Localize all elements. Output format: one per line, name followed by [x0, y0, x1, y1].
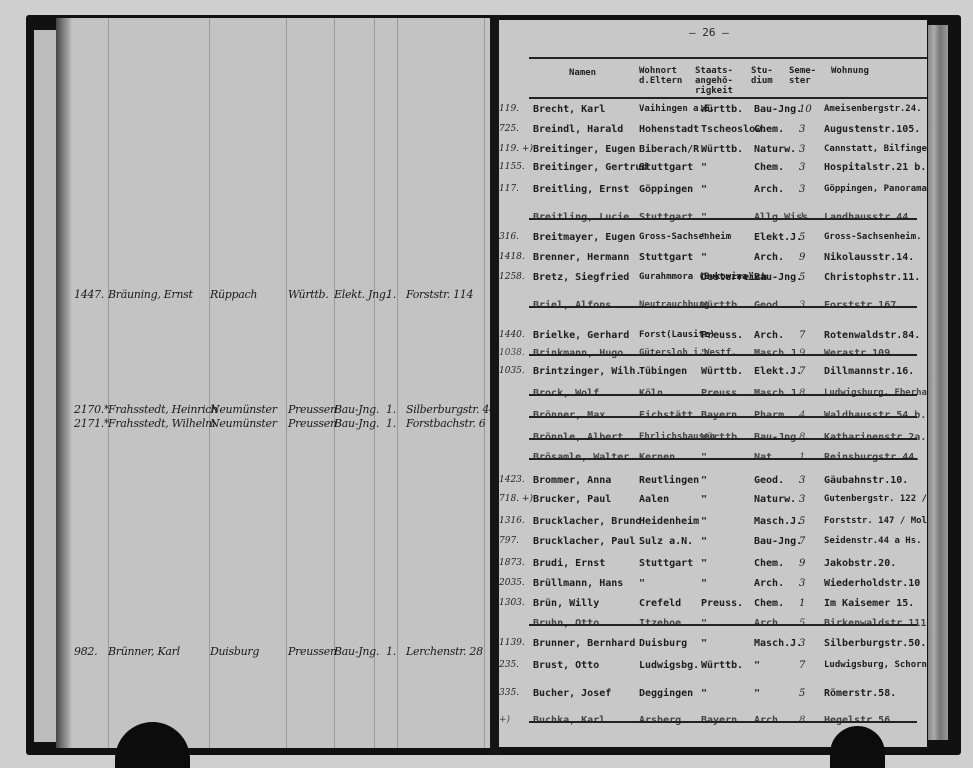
cell-study: Masch.J.	[754, 638, 802, 649]
table-row: 119.Brecht, KarlVaihingen a.E.Württb.Bau…	[499, 104, 927, 118]
cell-semester: 8	[799, 432, 805, 443]
cell-home: Stuttgart	[639, 558, 693, 569]
cell-name: Brecht, Karl	[533, 104, 605, 115]
cell-semester: 7	[799, 536, 805, 547]
entry-name: Frahsstedt, Wilhelm	[108, 417, 215, 430]
cell-study: "	[754, 688, 760, 699]
cell-home: Itzehoe	[639, 618, 681, 629]
column-rule	[397, 18, 398, 748]
cell-number: 718. +)	[499, 494, 533, 505]
cell-nationality: "	[701, 558, 707, 569]
table-row: Bruhn, OttoItzehoe"Arch.5Birkenwaldstr.1…	[499, 618, 927, 632]
table-row: 1440.Brielke, GerhardForst(Lausitz)Preus…	[499, 330, 927, 344]
cell-semester: 1	[799, 452, 805, 463]
table-row: 1303.Brün, WillyCrefeldPreuss.Chem.1Im K…	[499, 598, 927, 612]
table-row: 335.Bucher, JosefDeggingen""5Römerstr.58…	[499, 688, 927, 702]
cell-nationality: "	[701, 578, 707, 589]
cell-nationality: "	[701, 475, 707, 486]
cell-home: Duisburg	[639, 638, 687, 649]
entry-number: 2170.*	[74, 403, 109, 416]
cell-name: Brunner, Bernhard	[533, 638, 635, 649]
book-cover-edge	[34, 30, 56, 742]
entry-number: 2171.*	[74, 417, 109, 430]
cell-semester: 3	[799, 162, 805, 173]
cell-name: Breitling, Lucie	[533, 212, 629, 223]
cell-number: 1316.	[499, 516, 525, 527]
cell-address: Im Kaisemer 15.	[824, 598, 914, 609]
cell-name: Brinkmann, Hugo	[533, 348, 623, 359]
cell-name: Bruhn, Otto	[533, 618, 599, 629]
cell-study: Bau-Jng.	[754, 272, 802, 283]
cell-address: Hospitalstr.21 b.	[824, 162, 926, 173]
cell-study: Arch.	[754, 618, 784, 629]
entry-address: Silberburgstr. 44	[406, 403, 491, 416]
cell-study: Geod.	[754, 300, 784, 311]
column-rule	[334, 18, 335, 748]
cell-name: Brommer, Anna	[533, 475, 611, 486]
cell-name: Buchka, Karl	[533, 715, 605, 726]
cell-home: Deggingen	[639, 688, 693, 699]
cell-number: 1873.	[499, 558, 525, 569]
entry-number: 1447.	[74, 288, 104, 301]
cell-number: 1155.	[499, 162, 525, 173]
cell-name: Brösamle, Walter	[533, 452, 629, 463]
cell-name: Brielke, Gerhard	[533, 330, 629, 341]
cell-study: Bau-Jng.	[754, 536, 802, 547]
cell-name: Brucker, Paul	[533, 494, 611, 505]
cell-study: Chem.	[754, 598, 784, 609]
cell-nationality: Württb.	[701, 144, 743, 155]
cell-nationality: Württb.	[701, 300, 743, 311]
cell-semester: 5	[799, 272, 805, 283]
cell-address: Werastr.109.	[824, 348, 896, 359]
cell-home: Aalen	[639, 494, 669, 505]
cell-nationality: "	[701, 618, 707, 629]
cell-nationality: Württb.	[701, 432, 743, 443]
column-rule	[286, 18, 287, 748]
cell-nationality: "	[701, 688, 707, 699]
cell-study: Geod.	[754, 475, 784, 486]
cell-address: Hegelstr.56.	[824, 715, 896, 726]
cell-study: Naturw.	[754, 494, 796, 505]
cell-home: "	[639, 578, 645, 589]
entry-name: Brünner, Karl	[108, 645, 180, 658]
cell-semester: 5	[799, 516, 805, 527]
page-number: — 26 —	[689, 26, 729, 39]
cell-address: Rotenwaldstr.84.	[824, 330, 920, 341]
cell-name: Breitling, Ernst	[533, 184, 629, 195]
table-row: 1873.Brudi, ErnstStuttgart"Chem.9Jakobst…	[499, 558, 927, 572]
cell-address: Nikolausstr.14.	[824, 252, 914, 263]
cell-semester: 9	[799, 348, 805, 359]
cell-home: Gütersloh i.Westf.	[639, 348, 737, 359]
cell-number: 2035.	[499, 578, 525, 589]
cell-semester: 3	[799, 475, 805, 486]
header-home: Wohnort d.Eltern	[639, 66, 689, 86]
cell-address: Jakobstr.20.	[824, 558, 896, 569]
header-semester: Seme-ster	[789, 66, 823, 86]
header-nationality: Staats-angehö-rigkeit	[695, 66, 735, 96]
cell-semester: 7	[799, 366, 805, 377]
cell-name: Briel, Alfons	[533, 300, 611, 311]
table-row: 1316.Brucklacher, BrunoHeidenheim"Masch.…	[499, 516, 927, 530]
table-row: 797.Brucklacher, PaulSulz a.N."Bau-Jng.7…	[499, 536, 927, 550]
cell-name: Brüllmann, Hans	[533, 578, 623, 589]
cell-home: Kernen	[639, 452, 675, 463]
cell-name: Brucklacher, Paul	[533, 536, 635, 547]
cell-name: Brudi, Ernst	[533, 558, 605, 569]
table-row: Brönner, MaxEichstättBayernPharm.4Waldha…	[499, 410, 927, 424]
cell-home: Sulz a.N.	[639, 536, 693, 547]
cell-nationality: Württb.	[701, 660, 743, 671]
page-edge-shadow	[56, 18, 72, 748]
cell-address: Gäubahnstr.10.	[824, 475, 908, 486]
cell-address: Augustenstr.105.	[824, 124, 920, 135]
cell-home: Stuttgart	[639, 252, 693, 263]
cell-address: Ludwigsburg, Schorndorferstr.87.	[824, 660, 927, 671]
cell-address: Forststr. 147 / Moltkestr.68.	[824, 516, 927, 527]
entry-nationality: Preussen	[288, 417, 337, 430]
cell-study: Chem.	[754, 162, 784, 173]
cell-nationality: Preuss.	[701, 598, 743, 609]
cell-name: Brust, Otto	[533, 660, 599, 671]
entry-study: Elekt. Jng.	[334, 288, 389, 301]
cell-number: 119. +)	[499, 144, 533, 155]
cell-home: Eichstätt	[639, 410, 693, 421]
entry-nationality: Württb.	[288, 288, 328, 301]
cell-semester: 8	[799, 388, 805, 399]
cell-number: 335.	[499, 688, 519, 699]
table-row: 1035.Brintzinger, Wilh.TübingenWürttb.El…	[499, 366, 927, 380]
left-page: 1447.Bräuning, ErnstRüppachWürttb.Elekt.…	[56, 18, 491, 748]
cell-address: Waldhausstr.54 b.	[824, 410, 926, 421]
cell-study: Masch.J.	[754, 348, 802, 359]
cell-study: Pharm.	[754, 410, 790, 421]
cell-home: Gross-Sachsenheim	[639, 232, 731, 243]
cell-name: Brönnle, Albert	[533, 432, 623, 443]
table-row: Breitling, LucieStuttgart"Allg.Wiss.1Lan…	[499, 212, 927, 226]
cell-name: Breitinger, Gertrud	[533, 162, 647, 173]
cell-home: Tübingen	[639, 366, 687, 377]
table-row: 235.Brust, OttoLudwigsbg.Württb."7Ludwig…	[499, 660, 927, 674]
cell-home: Ludwigsbg.	[639, 660, 699, 671]
cell-study: Bau-Jng.	[754, 432, 802, 443]
table-row: 2035.Brüllmann, Hans""Arch.3Wiederholdst…	[499, 578, 927, 592]
cell-nationality: Preuss.	[701, 330, 743, 341]
cell-address: Reinsburgstr.44.	[824, 452, 920, 463]
column-rule	[209, 18, 210, 748]
cell-nationality: "	[701, 232, 707, 243]
header-rule-top	[529, 57, 927, 59]
cell-number: 1303.	[499, 598, 525, 609]
entry-study: Bau-Jng.	[334, 645, 379, 658]
entry-semester: 1.	[386, 417, 396, 430]
cell-home: Biberach/R.	[639, 144, 705, 155]
entry-semester: 1.	[386, 645, 396, 658]
table-row: 316.Breitmayer, EugenGross-Sachsenheim"E…	[499, 232, 927, 246]
cell-semester: 3	[799, 300, 805, 311]
entry-home: Rüppach	[210, 288, 257, 301]
page-stack-edge	[928, 25, 948, 740]
cell-study: Nat.	[754, 452, 778, 463]
entry-address: Forststr. 114	[406, 288, 473, 301]
cell-home: Köln	[639, 388, 663, 399]
cell-semester: 9	[799, 252, 805, 263]
cell-semester: 10	[799, 104, 812, 115]
header-name: Namen	[569, 68, 596, 78]
cell-name: Bucher, Josef	[533, 688, 611, 699]
cell-name: Brenner, Hermann	[533, 252, 629, 263]
cell-address: Silberburgstr.50.	[824, 638, 926, 649]
cell-semester: 3	[799, 144, 805, 155]
column-rule	[108, 18, 109, 748]
cell-number: 1258.	[499, 272, 525, 283]
column-rule	[374, 18, 375, 748]
right-page: — 26 — Namen Wohnort d.Eltern Staats-ang…	[499, 20, 927, 747]
table-row: 718. +)Brucker, PaulAalen"Naturw.3Gutenb…	[499, 494, 927, 508]
cell-nationality: "	[701, 494, 707, 505]
table-row: 1418.Brenner, HermannStuttgart"Arch.9Nik…	[499, 252, 927, 266]
cell-home: Crefeld	[639, 598, 681, 609]
cell-study: Arch.	[754, 578, 784, 589]
cell-number: 1035.	[499, 366, 525, 377]
cell-study: Chem.	[754, 124, 784, 135]
cell-study: Elekt.J.	[754, 232, 802, 243]
cell-number: 1418.	[499, 252, 525, 263]
table-row: 1258.Bretz, SiegfriedGurahmmora (Bukowin…	[499, 272, 927, 286]
cell-address: Seidenstr.44 a Hs.	[824, 536, 922, 547]
cell-address: Katharinenstr.2a.	[824, 432, 926, 443]
cell-address: Göppingen, Panoramastr.10.	[824, 184, 927, 195]
cell-nationality: "	[701, 252, 707, 263]
cell-study: Masch.J.	[754, 388, 802, 399]
entry-semester: 1.	[386, 403, 396, 416]
cell-address: Landhausstr.44.	[824, 212, 914, 223]
cell-address: Christophstr.11.	[824, 272, 920, 283]
cell-study: Arch.	[754, 184, 784, 195]
cell-study: Naturw.	[754, 144, 796, 155]
cell-study: Masch.J.	[754, 516, 802, 527]
cell-name: Breitmayer, Eugen	[533, 232, 635, 243]
cell-number: 797.	[499, 536, 519, 547]
entry-home: Duisburg	[210, 645, 259, 658]
cell-address: Dillmannstr.16.	[824, 366, 914, 377]
cell-study: Chem.	[754, 558, 784, 569]
cell-semester: 3	[799, 124, 805, 135]
cell-address: Birkenwaldstr.111	[824, 618, 926, 629]
cell-name: Brönner, Max	[533, 410, 605, 421]
cell-name: Bretz, Siegfried	[533, 272, 629, 283]
entry-semester: 1.	[386, 288, 396, 301]
cell-study: Arch.	[754, 715, 784, 726]
cell-number: 119.	[499, 104, 519, 115]
column-rule	[484, 18, 485, 748]
cell-semester: 3	[799, 578, 805, 589]
table-row: 1139.Brunner, BernhardDuisburg"Masch.J.3…	[499, 638, 927, 652]
cell-semester: 1	[799, 212, 805, 223]
entry-nationality: Preussen	[288, 403, 337, 416]
cell-home: Arsberg	[639, 715, 681, 726]
cell-nationality: Bayern	[701, 410, 737, 421]
cell-semester: 4	[799, 410, 805, 421]
cell-number: 117.	[499, 184, 519, 195]
cell-semester: 3	[799, 494, 805, 505]
cell-nationality: Bayern	[701, 715, 737, 726]
cell-home: Hohenstadt	[639, 124, 699, 135]
cell-home: Heidenheim	[639, 516, 699, 527]
cell-study: Arch.	[754, 252, 784, 263]
cell-semester: 1	[799, 598, 805, 609]
cell-home: Stuttgart	[639, 162, 693, 173]
cell-number: 725.	[499, 124, 519, 135]
cell-name: Brintzinger, Wilh.	[533, 366, 641, 377]
cell-name: Breindl, Harald	[533, 124, 623, 135]
entry-study: Bau-Jng.	[334, 403, 379, 416]
cell-number: 1423.	[499, 475, 525, 486]
cell-semester: 7	[799, 660, 805, 671]
cell-study: Bau-Jng.	[754, 104, 802, 115]
cell-nationality: Württb.	[701, 104, 743, 115]
cell-number: 1440.	[499, 330, 525, 341]
cell-name: Brün, Willy	[533, 598, 599, 609]
header-address: Wohnung	[831, 66, 869, 76]
cell-address: Ameisenbergstr.24.	[824, 104, 922, 115]
cell-semester: 8	[799, 715, 805, 726]
table-row: Briel, AlfonsNeutrauchburgWürttb.Geod.3F…	[499, 300, 927, 314]
entry-address: Lerchenstr. 28	[406, 645, 483, 658]
table-row: 117.Breitling, ErnstGöppingen"Arch.3Göpp…	[499, 184, 927, 198]
cell-home: Neutrauchburg	[639, 300, 709, 311]
header-study: Stu-dium	[751, 66, 781, 86]
entry-name: Frahsstedt, Heinrich	[108, 403, 218, 416]
cell-nationality: "	[701, 212, 707, 223]
cell-number: 1139.	[499, 638, 525, 649]
cell-name: Brucklacher, Bruno	[533, 516, 641, 527]
cell-number: 316.	[499, 232, 519, 243]
cell-number: +)	[499, 715, 510, 726]
cell-address: Gross-Sachsenheim.	[824, 232, 922, 243]
table-row: Brönnle, AlbertEhrlichshausenWürttb.Bau-…	[499, 432, 927, 446]
cell-study: Elekt.J.	[754, 366, 802, 377]
cell-nationality: "	[701, 516, 707, 527]
entry-address: Forstbachstr. 6	[406, 417, 485, 430]
cell-nationality: "	[701, 348, 707, 359]
table-row: 1155.Breitinger, GertrudStuttgart"Chem.3…	[499, 162, 927, 176]
cell-address: Cannstatt, Bilfingerstr.3.	[824, 144, 927, 155]
entry-home: Neumünster	[210, 417, 277, 430]
cell-number: 235.	[499, 660, 519, 671]
table-row: 1038.Brinkmann, HugoGütersloh i.Westf."M…	[499, 348, 927, 362]
cell-nationality: "	[701, 638, 707, 649]
entry-name: Bräuning, Ernst	[108, 288, 193, 301]
table-row: Brock, WolfKölnPreuss.Masch.J.8Ludwigsbu…	[499, 388, 927, 402]
cell-name: Brock, Wolf	[533, 388, 599, 399]
table-row: 119. +)Breitinger, EugenBiberach/R.Württ…	[499, 144, 927, 158]
cell-nationality: "	[701, 184, 707, 195]
cell-semester: 3	[799, 184, 805, 195]
cell-address: Forststr.167.	[824, 300, 902, 311]
cell-nationality: "	[701, 536, 707, 547]
entry-number: 982.	[74, 645, 97, 658]
cell-home: Reutlingen	[639, 475, 699, 486]
cell-name: Breitinger, Eugen	[533, 144, 635, 155]
cell-semester: 3	[799, 638, 805, 649]
cell-semester: 5	[799, 232, 805, 243]
entry-nationality: Preussen	[288, 645, 337, 658]
table-row: 1423.Brommer, AnnaReutlingen"Geod.3Gäuba…	[499, 475, 927, 489]
table-row: Brösamle, WalterKernen"Nat.1Reinsburgstr…	[499, 452, 927, 466]
cell-semester: 9	[799, 558, 805, 569]
cell-semester: 5	[799, 618, 805, 629]
cell-semester: 5	[799, 688, 805, 699]
cell-nationality: Württb.	[701, 366, 743, 377]
entry-home: Neumünster	[210, 403, 277, 416]
table-row: 725.Breindl, HaraldHohenstadtTscheoslow.…	[499, 124, 927, 138]
header-rule-bottom	[529, 97, 927, 99]
entry-study: Bau-Jng.	[334, 417, 379, 430]
cell-home: Stuttgart	[639, 212, 693, 223]
cell-nationality: Preuss.	[701, 388, 743, 399]
cell-address: Wiederholdstr.10	[824, 578, 920, 589]
cell-nationality: "	[701, 162, 707, 173]
cell-semester: 7	[799, 330, 805, 341]
cell-address: Gutenbergstr. 122 / Zuffenhausen, Brunne…	[824, 494, 927, 505]
cell-number: 1038.	[499, 348, 525, 359]
cell-nationality: "	[701, 452, 707, 463]
cell-study: Arch.	[754, 330, 784, 341]
cell-address: Ludwigsburg, Eberhardstr.19.	[824, 388, 927, 399]
cell-address: Römerstr.58.	[824, 688, 896, 699]
cell-home: Göppingen	[639, 184, 693, 195]
cell-study: "	[754, 660, 760, 671]
